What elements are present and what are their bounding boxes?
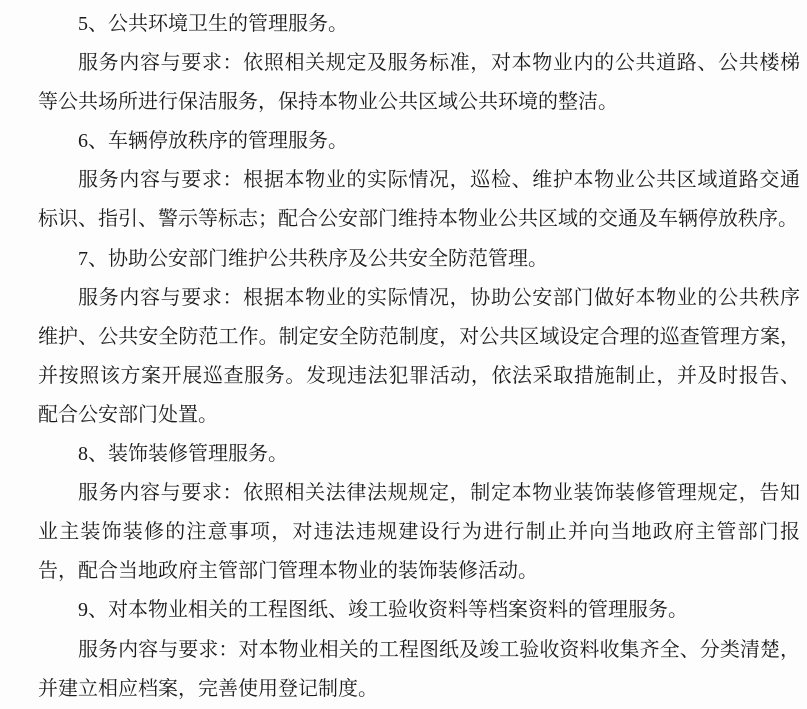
item-5-heading: 5、公共环境卫生的管理服务。 (38, 5, 800, 44)
item-7-body-line-4: 配合公安部门处置。 (38, 396, 800, 435)
item-7-body-line-3: 并按照该方案开展巡查服务。发现违法犯罪活动，依法采取措施制止，并及时报告、 (38, 357, 800, 396)
item-7-body-line-2: 维护、公共安全防范工作。制定安全防范制度，对公共区域设定合理的巡查管理方案， (38, 318, 800, 357)
item-7-body-line-1: 服务内容与要求：根据本物业的实际情况，协助公安部门做好本物业的公共秩序 (38, 279, 800, 318)
item-8-body-line-2: 业主装饰装修的注意事项，对违法违规建设行为进行制止并向当地政府主管部门报 (38, 513, 800, 552)
item-9-body-line-2: 并建立相应档案，完善使用登记制度。 (38, 670, 800, 709)
item-7-heading: 7、协助公安部门维护公共秩序及公共安全防范管理。 (38, 240, 800, 279)
item-6-heading: 6、车辆停放秩序的管理服务。 (38, 122, 800, 161)
item-5-body-line-1: 服务内容与要求：依照相关规定及服务标准，对本物业内的公共道路、公共楼梯 (38, 44, 800, 83)
item-8-body-line-3: 告，配合当地政府主管部门管理本物业的装饰装修活动。 (38, 552, 800, 591)
item-6-body-line-1: 服务内容与要求：根据本物业的实际情况，巡检、维护本物业公共区域道路交通 (38, 161, 800, 200)
item-8-heading: 8、装饰装修管理服务。 (38, 435, 800, 474)
item-9-heading: 9、对本物业相关的工程图纸、竣工验收资料等档案资料的管理服务。 (38, 591, 800, 630)
item-6-body-line-2: 标识、指引、警示等标志；配合公安部门维持本物业公共区域的交通及车辆停放秩序。 (38, 200, 800, 239)
document-page: 5、公共环境卫生的管理服务。 服务内容与要求：依照相关规定及服务标准，对本物业内… (0, 0, 807, 709)
item-5-body-line-2: 等公共场所进行保洁服务，保持本物业公共区域公共环境的整洁。 (38, 83, 800, 122)
item-9-body-line-1: 服务内容与要求：对本物业相关的工程图纸及竣工验收资料收集齐全、分类清楚， (38, 631, 800, 670)
item-8-body-line-1: 服务内容与要求：依照相关法律法规规定，制定本物业装饰装修管理规定，告知 (38, 474, 800, 513)
